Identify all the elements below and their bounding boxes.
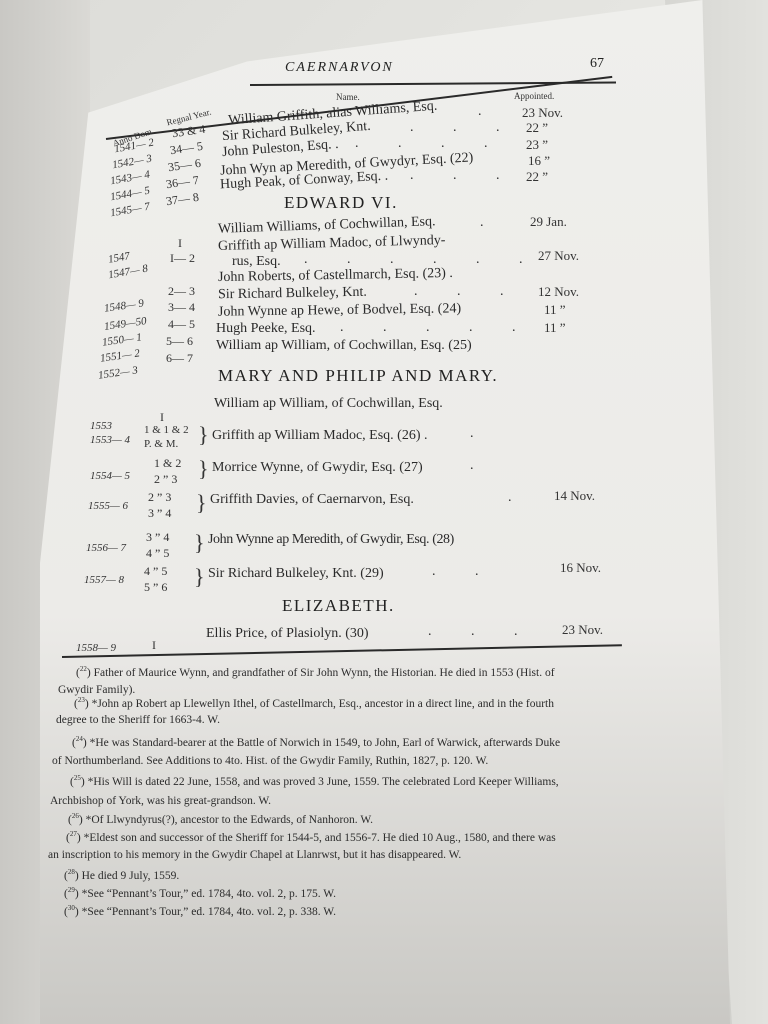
entry-regnal: 6— 7: [166, 351, 193, 366]
entry-name: Morrice Wynne, of Gwydir, Esq. (27): [212, 460, 423, 476]
footnote-23-cont: degree to the Sheriff for 1663-4. W.: [56, 714, 220, 726]
entry-year: 1555— 6: [88, 500, 128, 512]
entry-year: 1553— 4: [90, 434, 130, 446]
entry-name: Sir Richard Bulkeley, Knt.: [218, 285, 367, 304]
brace-icon: }: [198, 458, 209, 480]
entry-appointed: 23 Nov.: [562, 622, 603, 638]
col-header-appointed: Appointed.: [514, 91, 554, 101]
entry-year: 1558— 9: [76, 642, 116, 654]
entry-regnal: 1 & 2: [154, 456, 181, 471]
entry-leader: .: [480, 215, 484, 231]
entry-name-cont: rus, Esq.: [232, 254, 281, 270]
entry-appointed: 22 ”: [526, 169, 548, 185]
entry-leader: .: [508, 490, 512, 506]
entry-name: Sir Richard Bulkeley, Knt. (29): [208, 566, 384, 582]
entry-year: 1557— 8: [84, 574, 124, 586]
entry-regnal: I: [152, 638, 156, 653]
entry-name: Ellis Price, of Plasiolyn. (30): [206, 626, 369, 642]
page-number: 67: [590, 56, 604, 72]
brace-icon: }: [198, 424, 209, 446]
entry-leader: . . . .: [355, 136, 506, 152]
entry-regnal: 1 & 1 & 2: [144, 424, 189, 436]
entry-leader: . . .: [414, 284, 522, 300]
entry-appointed: 29 Jan.: [530, 214, 567, 230]
entry-year: 1554— 5: [90, 470, 130, 482]
entry-appointed: 11 ”: [544, 302, 566, 318]
footnote-22: (22) Father of Maurice Wynn, and grandfa…: [76, 665, 555, 679]
entry-regnal-2: P. & M.: [144, 438, 178, 450]
footnote-25: (25) *His Will is dated 22 June, 1558, a…: [70, 774, 559, 788]
footnote-30: (30) *See “Pennant’s Tour,” ed. 1784, 4t…: [64, 904, 336, 918]
entry-name: William ap William, of Cochwillan, Esq. …: [216, 338, 472, 354]
brace-icon: }: [194, 566, 205, 588]
entry-leader: . . .: [410, 120, 518, 136]
entry-regnal-2: 3 ” 4: [148, 506, 171, 521]
entry-year: 1556— 7: [86, 542, 126, 554]
entry-regnal: I— 2: [170, 251, 195, 266]
entry-regnal: 2— 3: [168, 284, 195, 299]
footnote-27: (27) *Eldest son and successor of the Sh…: [66, 830, 556, 844]
footnote-22-cont: Gwydir Family).: [58, 684, 135, 696]
section-heading: EDWARD VI.: [284, 193, 398, 213]
entry-appointed: 23 Nov.: [522, 105, 563, 121]
entry-appointed: 23 ”: [526, 137, 548, 153]
entry-appointed: 27 Nov.: [538, 248, 579, 264]
footnote-24: (24) *He was Standard-bearer at the Batt…: [72, 735, 560, 749]
entry-regnal: 4 ” 5: [144, 564, 167, 579]
footnote-27-cont: an inscription to his memory in the Gwyd…: [48, 849, 461, 861]
entry-regnal-2: 2 ” 3: [154, 472, 177, 487]
entry-leader: .: [470, 458, 474, 474]
entry-year: 1553: [90, 420, 112, 432]
entry-regnal: I: [178, 236, 182, 251]
entry-regnal: 3— 4: [168, 300, 195, 315]
entry-regnal-2: 4 ” 5: [146, 546, 169, 561]
entry-leader: . . . . .: [340, 320, 534, 336]
col-header-name: Name.: [336, 92, 360, 102]
entry-leader: .: [470, 426, 474, 442]
entry-regnal: 4— 5: [168, 317, 195, 332]
entry-name: John Wynne ap Meredith, of Gwydir, Esq. …: [208, 532, 454, 548]
entry-regnal: 2 ” 3: [148, 490, 171, 505]
footnote-26: (26) *Of Llwyndyrus(?), ancestor to the …: [68, 812, 373, 826]
footnote-25-cont: Archbishop of York, was his great-grands…: [50, 795, 271, 807]
section-heading: ELIZABETH.: [282, 596, 395, 616]
entry-leader: . . .: [410, 168, 518, 184]
entry-leader: . .: [432, 564, 497, 580]
brace-icon: }: [196, 492, 207, 514]
entry-appointed: 11 ”: [544, 320, 566, 336]
entry-name: Griffith ap William Madoc, Esq. (26) .: [212, 428, 428, 444]
entry-appointed: 16 ”: [528, 153, 550, 169]
footnote-24-cont: of Northumberland. See Additions to 4to.…: [52, 755, 488, 767]
entry-name: Hugh Peeke, Esq.: [216, 321, 316, 337]
entry-name: William ap William, of Cochwillan, Esq.: [214, 396, 443, 412]
section-heading: MARY AND PHILIP AND MARY.: [218, 366, 498, 386]
brace-icon: }: [194, 532, 205, 554]
entry-regnal: 5— 6: [166, 334, 193, 349]
entry-regnal: I: [160, 410, 164, 425]
entry-appointed: 14 Nov.: [554, 488, 595, 504]
entry-leader: .: [478, 104, 482, 120]
running-head: CAERNARVON: [285, 60, 394, 76]
entry-regnal: 3 ” 4: [146, 530, 169, 545]
entry-name: John Wynne ap Hewe, of Bodvel, Esq. (24): [218, 301, 461, 320]
entry-appointed: 12 Nov.: [538, 284, 579, 300]
footnote-23: (23) *John ap Robert ap Llewellyn Ithel,…: [74, 696, 554, 710]
entry-regnal-2: 5 ” 6: [144, 580, 167, 595]
entry-name: Griffith Davies, of Caernarvon, Esq.: [210, 492, 414, 508]
footnote-28: (28) He died 9 July, 1559.: [64, 868, 179, 882]
entry-leader: . . .: [428, 624, 536, 640]
footnote-29: (29) *See “Pennant’s Tour,” ed. 1784, 4t…: [64, 886, 336, 900]
entry-appointed: 16 Nov.: [560, 560, 601, 576]
entry-appointed: 22 ”: [526, 120, 548, 136]
